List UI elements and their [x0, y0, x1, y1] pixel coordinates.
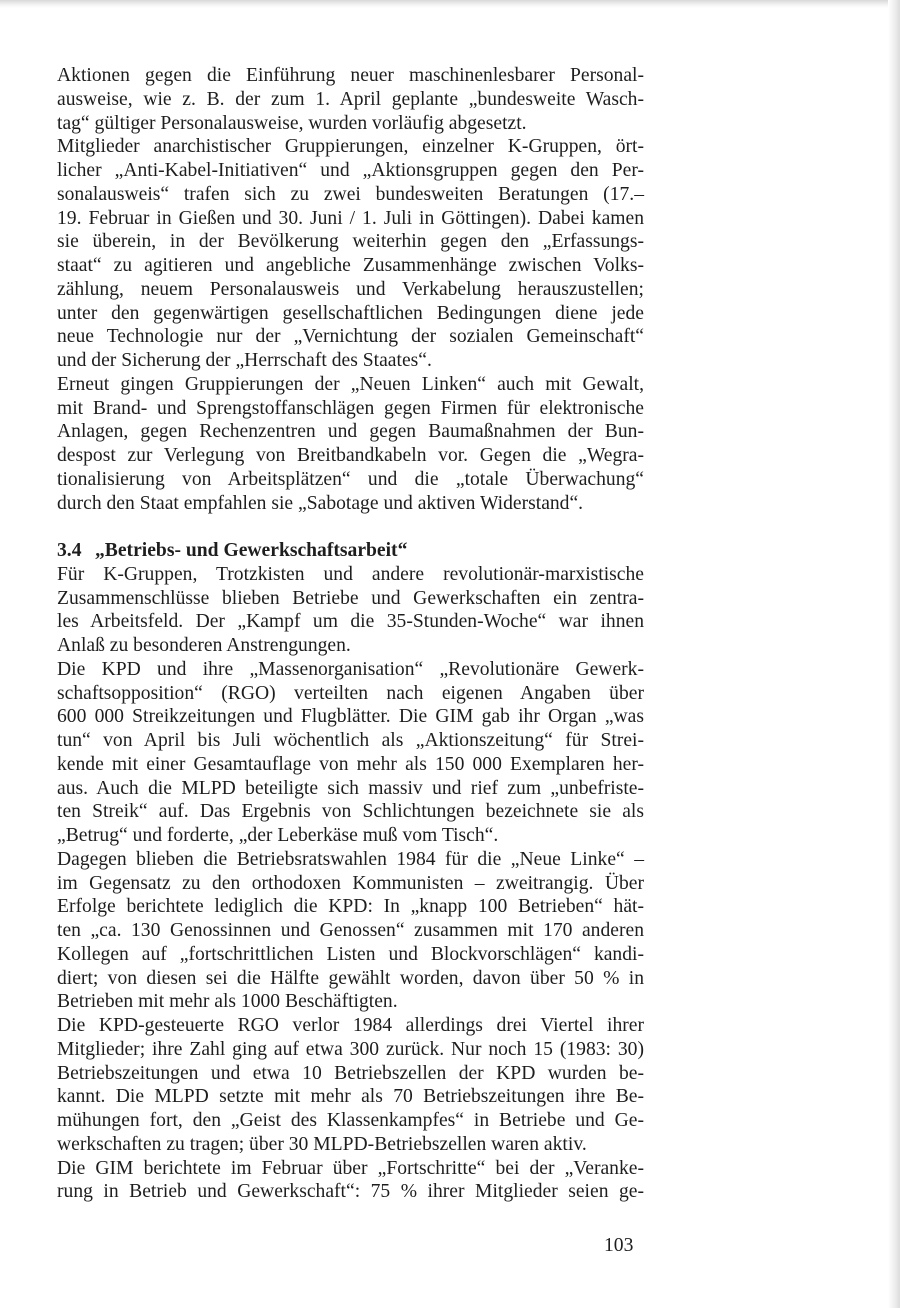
- text-line: sonalausweis“ trafen sich zu zwei bundes…: [57, 183, 644, 207]
- scan-edge-top: [0, 0, 900, 8]
- text-line: mühungen fort, den „Geist des Klassenkam…: [57, 1109, 644, 1133]
- section-heading: 3.4„Betriebs- und Gewerkschaftsarbeit“: [57, 539, 644, 563]
- text-line: mit Brand- und Sprengstoffanschlägen geg…: [57, 397, 644, 421]
- scan-edge-right: [888, 0, 900, 1308]
- text-line: neue Technologie nur der „Vernichtung de…: [57, 325, 644, 349]
- text-line: despost zur Verlegung von Breitbandkabel…: [57, 444, 644, 468]
- text-line: Aktionen gegen die Einführung neuer masc…: [57, 64, 644, 88]
- paragraph-personalausweis-actions: Aktionen gegen die Einführung neuer masc…: [57, 64, 644, 135]
- paragraph-rgo-decline: Die KPD-gesteuerte RGO verlor 1984 aller…: [57, 1014, 644, 1157]
- text-line: ausweise, wie z. B. der zum 1. April gep…: [57, 88, 644, 112]
- text-line: Kollegen auf „fortschrittlichen Listen u…: [57, 943, 644, 967]
- text-line: Anlaß zu besonderen Anstrengungen.: [57, 634, 644, 658]
- text-line: ten „ca. 130 Genossinnen und Genossen“ z…: [57, 919, 644, 943]
- text-line: Mitglieder; ihre Zahl ging auf etwa 300 …: [57, 1038, 644, 1062]
- text-line: Die KPD und ihre „Massenorganisation“ „R…: [57, 658, 644, 682]
- text-line: ten Streik“ auf. Das Ergebnis von Schlic…: [57, 800, 644, 824]
- text-line: schaftsopposition“ (RGO) verteilten nach…: [57, 682, 644, 706]
- text-line: durch den Staat empfahlen sie „Sabotage …: [57, 492, 644, 516]
- text-line: rung in Betrieb und Gewerkschaft“: 75 % …: [57, 1180, 644, 1204]
- text-line: Mitglieder anarchistischer Gruppierungen…: [57, 135, 644, 159]
- text-line: Zusammenschlüsse blieben Betriebe und Ge…: [57, 587, 644, 611]
- text-line: kende mit einer Gesamtauflage von mehr a…: [57, 753, 644, 777]
- section-number: 3.4: [57, 539, 95, 563]
- section-title: „Betriebs- und Gewerkschaftsarbeit“: [95, 540, 407, 561]
- paragraph-kpd-rgo: Die KPD und ihre „Massenorganisation“ „R…: [57, 658, 644, 848]
- text-line: tag“ gültiger Personalausweise, wurden v…: [57, 112, 644, 136]
- text-line: tun“ von April bis Juli wöchentlich als …: [57, 729, 644, 753]
- text-line: werkschaften zu tragen; über 30 MLPD-Bet…: [57, 1133, 644, 1157]
- text-line: diert; von diesen sei die Hälfte gewählt…: [57, 967, 644, 991]
- text-line: Anlagen, gegen Rechenzentren und gegen B…: [57, 420, 644, 444]
- text-line: 600 000 Streikzeitungen und Flugblätter.…: [57, 705, 644, 729]
- text-line: licher „Anti-Kabel-Initiativen“ und „Akt…: [57, 159, 644, 183]
- text-line: Die KPD-gesteuerte RGO verlor 1984 aller…: [57, 1014, 644, 1038]
- text-line: Die GIM berichtete im Februar über „Fort…: [57, 1157, 644, 1181]
- paragraph-violent-attacks: Erneut gingen Gruppierungen der „Neuen L…: [57, 373, 644, 516]
- page-number: 103: [604, 1235, 633, 1257]
- text-line: Betrieben mit mehr als 1000 Beschäftigte…: [57, 990, 644, 1014]
- text-line: sie überein, in der Bevölkerung weiterhi…: [57, 230, 644, 254]
- paragraph-k-groups: Für K-Gruppen, Trotzkisten und andere re…: [57, 563, 644, 658]
- text-line: staat“ zu agitieren und angebliche Zusam…: [57, 254, 644, 278]
- book-page-text: Aktionen gegen die Einführung neuer masc…: [57, 64, 644, 1204]
- text-line: Betriebszeitungen und etwa 10 Betriebsze…: [57, 1062, 644, 1086]
- text-line: und der Sicherung der „Herrschaft des St…: [57, 349, 644, 373]
- text-line: 19. Februar in Gießen und 30. Juni / 1. …: [57, 207, 644, 231]
- paragraph-gim-progress: Die GIM berichtete im Februar über „Fort…: [57, 1157, 644, 1205]
- text-line: im Gegensatz zu den orthodoxen Kommunist…: [57, 872, 644, 896]
- paragraph-works-council-elections: Dagegen blieben die Betriebsratswahlen 1…: [57, 848, 644, 1014]
- text-line: Für K-Gruppen, Trotzkisten und andere re…: [57, 563, 644, 587]
- text-line: kannt. Die MLPD setzte mit mehr als 70 B…: [57, 1085, 644, 1109]
- text-line: Dagegen blieben die Betriebsratswahlen 1…: [57, 848, 644, 872]
- text-line: Erfolge berichtete lediglich die KPD: In…: [57, 895, 644, 919]
- text-line: „Betrug“ und forderte, „der Leberkäse mu…: [57, 824, 644, 848]
- text-line: aus. Auch die MLPD beteiligte sich massi…: [57, 777, 644, 801]
- text-line: tionalisierung von Arbeitsplätzen“ und d…: [57, 468, 644, 492]
- paragraph-anarchist-meetings: Mitglieder anarchistischer Gruppierungen…: [57, 135, 644, 373]
- text-line: Erneut gingen Gruppierungen der „Neuen L…: [57, 373, 644, 397]
- blank-line: [57, 515, 644, 539]
- text-line: les Arbeitsfeld. Der „Kampf um die 35-St…: [57, 610, 644, 634]
- text-line: zählung, neuem Personalausweis und Verka…: [57, 278, 644, 302]
- text-line: unter den gegenwärtigen gesellschaftlich…: [57, 302, 644, 326]
